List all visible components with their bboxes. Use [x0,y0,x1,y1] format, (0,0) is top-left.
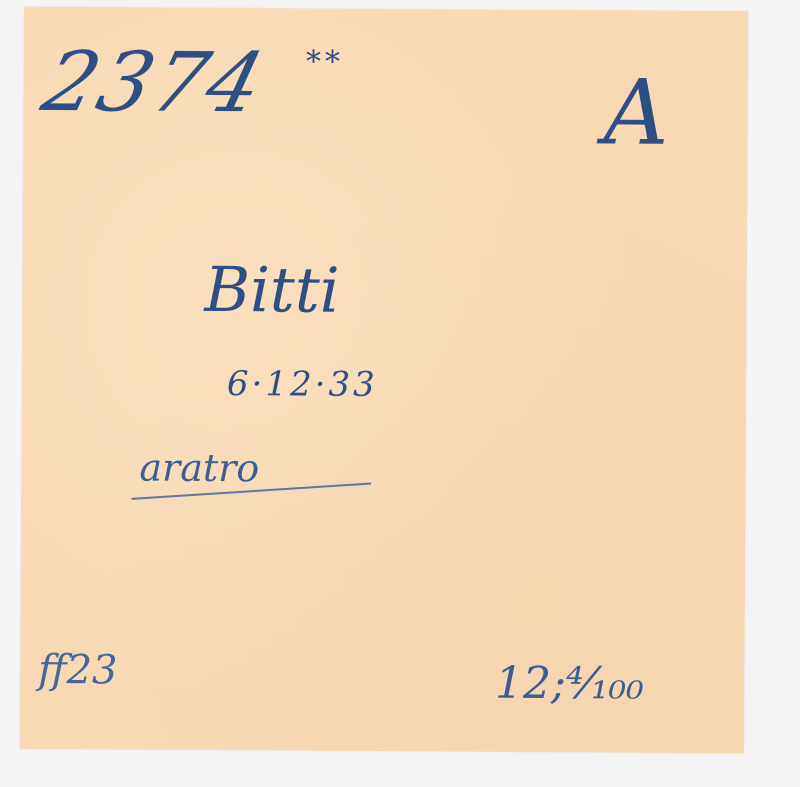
place-name: Bitti [204,253,340,327]
catalog-marks: ** [306,45,344,80]
category-letter: A [603,60,669,165]
location-note: aratro [139,446,259,491]
catalog-number: 2374 [34,35,275,131]
date: 6·12·33 [227,364,378,405]
bottom-left-note: ff23 [38,647,118,693]
index-card: 2374 ** A Bitti 6·12·33 aratro ff23 12;⁴… [20,7,749,753]
bottom-right-note: 12;⁴⁄₁₀₀ [495,658,644,710]
